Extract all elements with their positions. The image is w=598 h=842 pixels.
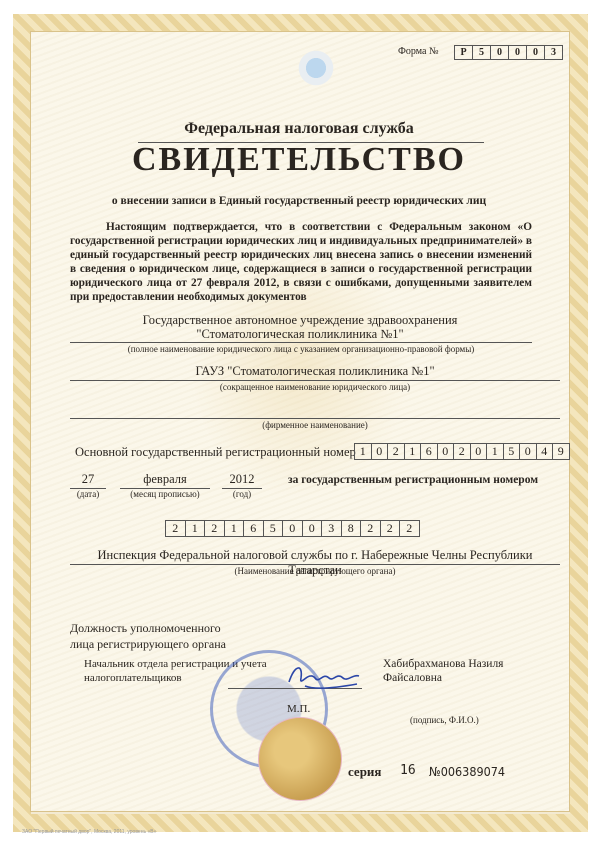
certification-text: Настоящим подтверждается, что в соответс… [70, 220, 532, 304]
grn-label: за государственным регистрационным номер… [288, 474, 538, 486]
date-month: февраля [120, 472, 210, 487]
agency-name: Федеральная налоговая служба [0, 120, 598, 138]
ogrn-digit-cell: 6 [421, 443, 438, 460]
short-name-hint: (сокращенное наименование юридического л… [70, 382, 560, 392]
stamp-place-label: М.П. [287, 703, 310, 715]
printer-imprint: ЗАО "Первый печатный двор", Москва, 2011… [22, 829, 156, 835]
full-name-line [70, 342, 532, 343]
firm-name-line [70, 418, 560, 419]
date-day-hint: (дата) [70, 489, 106, 499]
authority-line [70, 564, 560, 565]
grn-digit-cell: 1 [225, 520, 245, 537]
gold-seal-icon [258, 717, 342, 801]
ogrn-digit-cell: 4 [537, 443, 554, 460]
ogrn-digit-cell: 9 [553, 443, 570, 460]
signature-icon [285, 660, 363, 692]
ogrn-digit-cell: 1 [354, 443, 372, 460]
grn-digit-cell: 8 [342, 520, 362, 537]
date-year-hint: (год) [222, 489, 262, 499]
ogrn-digit-cell: 5 [504, 443, 521, 460]
form-label: Форма № [398, 46, 439, 57]
ogrn-digit-cell: 1 [405, 443, 422, 460]
series-label: серия [348, 764, 381, 780]
grn-digit-cell: 0 [303, 520, 323, 537]
ogrn-label: Основной государственный регистрационный… [75, 445, 356, 460]
form-code-cell: 0 [509, 45, 527, 60]
grn-digit-cell: 2 [400, 520, 420, 537]
series-value: 16 [400, 763, 416, 778]
grn-digit-cell: 2 [205, 520, 225, 537]
ogrn-digit-cell: 2 [388, 443, 405, 460]
short-name-line [70, 380, 560, 381]
short-name-value: ГАУЗ "Стоматологическая поликлиника №1" [70, 364, 560, 379]
firm-name-hint: (фирменное наименование) [70, 420, 560, 430]
ogrn-number: 1021602015049 [354, 443, 570, 460]
date-month-hint: (месяц прописью) [120, 489, 210, 499]
grn-digit-cell: 3 [322, 520, 342, 537]
form-code-cell: 0 [491, 45, 509, 60]
ogrn-digit-cell: 0 [520, 443, 537, 460]
grn-digit-cell: 2 [165, 520, 186, 537]
ogrn-digit-cell: 2 [454, 443, 471, 460]
ogrn-digit-cell: 0 [438, 443, 455, 460]
form-code-cell: 3 [545, 45, 563, 60]
ogrn-digit-cell: 0 [471, 443, 488, 460]
full-name-hint: (полное наименование юридического лица с… [70, 344, 532, 354]
full-name-value: Государственное автономное учреждение зд… [90, 313, 510, 341]
signature-hint: (подпись, Ф.И.О.) [410, 715, 479, 725]
grn-digit-cell: 0 [283, 520, 303, 537]
form-code-cell: 0 [527, 45, 545, 60]
authority-hint: (Наименование регистрирующего органа) [70, 566, 560, 576]
document-title: СВИДЕТЕЛЬСТВО [0, 141, 598, 179]
grn-number: 2121650038222 [165, 520, 420, 537]
form-code: Р50003 [454, 45, 563, 60]
date-day: 27 [70, 472, 106, 487]
form-code-cell: Р [454, 45, 473, 60]
grn-digit-cell: 2 [381, 520, 401, 537]
grn-digit-cell: 6 [244, 520, 264, 537]
grn-digit-cell: 2 [361, 520, 381, 537]
position-label: Должность уполномоченного лица регистрир… [70, 620, 245, 652]
ogrn-digit-cell: 0 [372, 443, 389, 460]
grn-digit-cell: 5 [264, 520, 284, 537]
certificate-number: №006389074 [429, 764, 505, 779]
ogrn-digit-cell: 1 [487, 443, 504, 460]
grn-digit-cell: 1 [186, 520, 206, 537]
form-code-cell: 5 [473, 45, 491, 60]
document-subtitle: о внесении записи в Единый государственн… [0, 195, 598, 207]
date-year: 2012 [222, 472, 262, 487]
coat-of-arms-hologram-icon [296, 48, 336, 88]
signer-name: Хабибрахманова Назиля Файсаловна [383, 657, 523, 685]
